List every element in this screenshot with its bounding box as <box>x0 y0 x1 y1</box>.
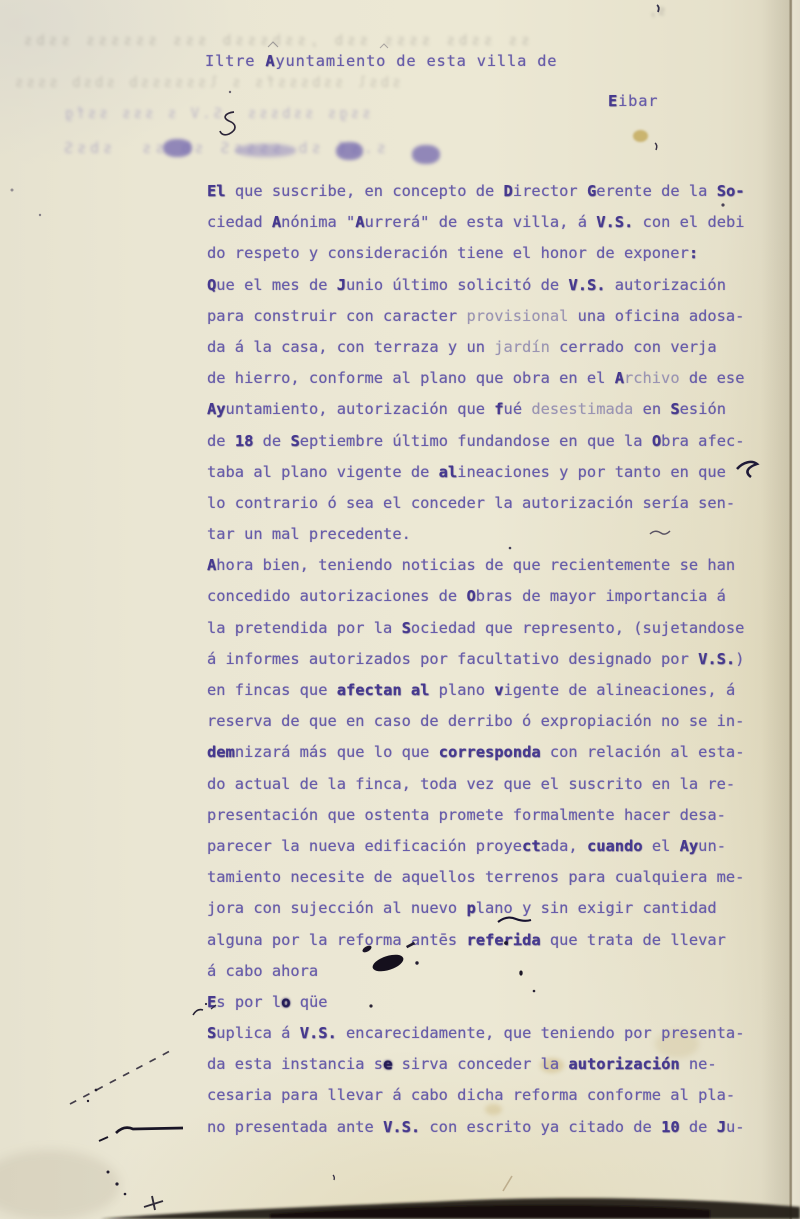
text-segment: ineaciones y por tanto en que <box>457 463 735 481</box>
text-segment: un- <box>698 837 726 855</box>
document-line-25: alguna por la reforma antēs referida que… <box>207 925 745 956</box>
document-line-1: El que suscribe, en concepto de Director… <box>207 176 745 207</box>
document-line-27: Es por lo qüe <box>207 987 745 1018</box>
text-segment: á cabo ahora <box>207 962 318 980</box>
text-segment: S <box>402 619 411 637</box>
text-segment: presentación que ostenta promete formalm… <box>207 806 726 824</box>
text-segment: que trata de llevar <box>541 931 726 949</box>
text-segment: de <box>680 1118 717 1136</box>
text-segment: A <box>265 52 275 70</box>
text-segment: autorización <box>606 276 726 294</box>
text-segment: la pretendida por la <box>207 619 402 637</box>
document-line-7: de hierro, conforme al plano que obra en… <box>207 363 745 394</box>
text-segment: ue el mes de <box>216 276 336 294</box>
document-line-6: da á la casa, con terraza y un jardín ce… <box>207 332 745 363</box>
document-line-26: á cabo ahora <box>207 956 745 987</box>
text-segment: de ese <box>680 369 745 387</box>
text-segment: e <box>383 1055 392 1073</box>
header-title: Iltre Ayuntamiento de esta villa de <box>205 46 557 77</box>
text-segment: v <box>494 681 503 699</box>
text-segment: de hierro, conforme al plano que obra en… <box>207 369 615 387</box>
text-segment: V.S. <box>698 650 735 668</box>
text-segment: corresponda <box>439 743 541 761</box>
text-segment: de <box>253 432 290 450</box>
document-line-5: para construir con caracter provisional … <box>207 301 745 332</box>
document-line-29: da esta instancia se sirva conceder la a… <box>207 1049 745 1080</box>
text-segment: E <box>608 92 618 110</box>
text-segment: alguna por la reforma antēs <box>207 931 466 949</box>
text-segment: desestimada <box>531 400 633 418</box>
text-segment: parecer la nueva edificación proye <box>207 837 522 855</box>
text-segment: ct <box>522 837 541 855</box>
text-segment: en fincas que <box>207 681 337 699</box>
text-segment: urrerá" de esta villa, á <box>365 213 597 231</box>
document-line-8: Ayuntamiento, autorización que fué deses… <box>207 394 745 425</box>
bleedthrough-text-smudge <box>236 144 296 157</box>
text-segment: con relación al esta- <box>541 743 745 761</box>
header-city: Eibar <box>608 86 658 117</box>
text-segment: A <box>615 369 624 387</box>
document-body: El que suscribe, en concepto de Director… <box>207 176 745 1143</box>
text-segment: nizará más que lo que <box>235 743 439 761</box>
text-segment: igente de alineaciones, á <box>504 681 736 699</box>
text-segment: plano <box>429 681 494 699</box>
text-segment: 18 <box>235 432 254 450</box>
text-segment: S <box>207 1024 216 1042</box>
document-line-16: á informes autorizados por facultativo d… <box>207 644 745 675</box>
text-segment: J <box>717 1118 726 1136</box>
text-segment: reserva de que en caso de derribo ó expr… <box>207 712 744 730</box>
text-segment: Iltre <box>205 52 265 70</box>
text-segment: G <box>587 182 596 200</box>
text-segment: eptiembre último fundandose en que la <box>300 432 652 450</box>
text-segment: f <box>494 400 503 418</box>
text-segment: afectan al <box>337 681 430 699</box>
text-segment: de <box>207 432 235 450</box>
document-line-3: do respeto y consideración tiene el hono… <box>207 238 745 269</box>
text-segment: cuando <box>587 837 643 855</box>
text-segment: 10 <box>661 1118 680 1136</box>
text-segment: p <box>466 899 475 917</box>
text-segment: erente de la <box>596 182 716 200</box>
text-segment: uplica á <box>216 1024 299 1042</box>
text-segment: cesaria para llevar á cabo dicha reforma… <box>207 1086 735 1104</box>
text-segment: u- <box>726 1118 745 1136</box>
text-segment: bra afec- <box>661 432 744 450</box>
text-segment: V.S. <box>568 276 605 294</box>
text-segment: bras de mayor importancia á <box>476 587 726 605</box>
document-line-19: demnizará más que lo que corresponda con… <box>207 737 745 768</box>
text-segment: una oficina adosa- <box>568 307 744 325</box>
document-line-30: cesaria para llevar á cabo dicha reforma… <box>207 1080 745 1111</box>
text-segment: ibar <box>618 92 658 110</box>
text-segment: hora bien, teniendo noticias de que reci… <box>216 556 735 574</box>
bleedthrough-stamp <box>412 145 440 164</box>
page-edge-strip <box>792 0 800 1219</box>
text-segment: A <box>355 213 364 231</box>
text-segment: ué <box>504 400 532 418</box>
text-segment: yuntamiento de esta villa de <box>275 52 557 70</box>
text-segment: referida <box>466 931 540 949</box>
text-segment: con escrito ya citado de <box>420 1118 661 1136</box>
text-segment: da á la casa, con terraza y un <box>207 338 494 356</box>
text-segment: El <box>207 182 226 200</box>
document-line-4: Que el mes de Junio último solicitó de V… <box>207 270 745 301</box>
text-segment: nónima " <box>281 213 355 231</box>
text-segment: ada, <box>541 837 587 855</box>
text-segment: encarecidamente, que teniendo por presen… <box>337 1024 745 1042</box>
text-segment: E <box>207 993 216 1011</box>
page-fold-shading <box>761 0 793 1219</box>
text-segment: Ay <box>680 837 699 855</box>
text-segment: do respeto y consideración tiene el hono… <box>207 244 689 262</box>
document-line-11: lo contrario ó sea el conceder la autori… <box>207 488 745 519</box>
text-segment: irector <box>513 182 587 200</box>
text-segment: Q <box>207 276 216 294</box>
document-line-24: jora con sujección al nuevo plano y sin … <box>207 893 745 924</box>
text-segment: jardín <box>494 338 550 356</box>
document-line-13: Ahora bien, teniendo noticias de que rec… <box>207 550 745 581</box>
text-segment: que suscribe, en concepto de <box>226 182 504 200</box>
text-segment: Ay <box>207 400 226 418</box>
text-segment: ) <box>735 650 744 668</box>
text-segment: untamiento, autorización que <box>226 400 495 418</box>
document-line-17: en fincas que afectan al plano vigente d… <box>207 675 745 706</box>
document-line-14: concedido autorizaciones de Obras de may… <box>207 581 745 612</box>
text-segment: autorización <box>568 1055 679 1073</box>
text-segment: V.S. <box>300 1024 337 1042</box>
text-segment: do actual de la finca, toda vez que el s… <box>207 775 735 793</box>
bleedthrough-stamp <box>163 139 192 157</box>
text-segment: para construir con caracter <box>207 307 466 325</box>
text-segment: qüe <box>290 993 327 1011</box>
text-segment: S <box>290 432 299 450</box>
text-segment: lo contrario ó sea el conceder la autori… <box>207 494 735 512</box>
document-line-20: do actual de la finca, toda vez que el s… <box>207 769 745 800</box>
document-line-22: parecer la nueva edificación proyectada,… <box>207 831 745 862</box>
text-segment: A <box>272 213 281 231</box>
text-segment: S <box>670 400 679 418</box>
text-segment: ociedad que represento, (sujetandose <box>411 619 745 637</box>
text-segment: rchivo <box>624 369 680 387</box>
text-segment: ciedad <box>207 213 272 231</box>
text-segment: el <box>643 837 680 855</box>
text-segment: J <box>337 276 346 294</box>
document-line-2: ciedad Anónima "Aurrerá" de esta villa, … <box>207 207 745 238</box>
text-segment: : <box>689 244 698 262</box>
text-segment: al <box>439 463 458 481</box>
text-segment: A <box>207 556 216 574</box>
text-segment: provisional <box>466 307 568 325</box>
document-line-18: reserva de que en caso de derribo ó expr… <box>207 706 745 737</box>
document-line-28: Suplica á V.S. encarecidamente, que teni… <box>207 1018 745 1049</box>
document-line-9: de 18 de Septiembre último fundandose en… <box>207 426 745 457</box>
document-line-12: tar un mal precedente. <box>207 519 745 550</box>
text-segment: taba al plano vigente de <box>207 463 439 481</box>
text-segment: jora con sujección al nuevo <box>207 899 466 917</box>
document-line-15: la pretendida por la Sociedad que repres… <box>207 613 745 644</box>
text-segment: concedido autorizaciones de <box>207 587 466 605</box>
document-line-31: no presentada ante V.S. con escrito ya c… <box>207 1112 745 1143</box>
text-segment: unio último solicitó de <box>346 276 568 294</box>
text-segment: tar un mal precedente. <box>207 525 411 543</box>
bleedthrough-stamp <box>336 142 363 160</box>
text-segment: O <box>466 587 475 605</box>
text-segment: cerrado con verja <box>550 338 717 356</box>
text-segment: en <box>633 400 670 418</box>
document-line-21: presentación que ostenta promete formalm… <box>207 800 745 831</box>
text-segment: con el debi <box>633 213 744 231</box>
text-segment: á informes autorizados por facultativo d… <box>207 650 698 668</box>
document-line-23: tamiento necesite de aquellos terrenos p… <box>207 862 745 893</box>
text-segment: sirva conceder la <box>392 1055 568 1073</box>
text-segment: V.S. <box>383 1118 420 1136</box>
text-segment: dem <box>207 743 235 761</box>
document-line-10: taba al plano vigente de alineaciones y … <box>207 457 745 488</box>
text-segment: esión <box>680 400 726 418</box>
text-segment: O <box>652 432 661 450</box>
text-segment: tamiento necesite de aquellos terrenos p… <box>207 868 744 886</box>
text-segment: lano y sin exigir cantidad <box>476 899 717 917</box>
text-segment: So- <box>717 182 745 200</box>
text-segment: da esta instancia s <box>207 1055 383 1073</box>
text-segment: V.S. <box>596 213 633 231</box>
text-segment: ne- <box>680 1055 717 1073</box>
text-segment: no presentada ante <box>207 1118 383 1136</box>
text-segment: D <box>504 182 513 200</box>
text-segment: s por l <box>216 993 281 1011</box>
